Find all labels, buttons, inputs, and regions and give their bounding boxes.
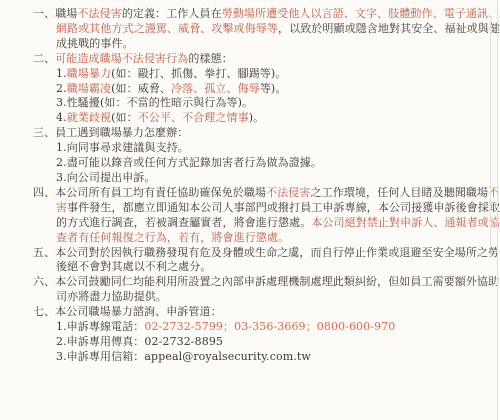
text-segment: 成挑戰的事件。 [56, 37, 134, 50]
document-line: 害事件發生，都應立即通知本公司人事部門或撥打員工申訴專線，本公司接獲申訴後會採取… [56, 201, 478, 216]
text-segment: 六、本公司鼓勵同仁均能利用所設置之內部申訴處理機制處理此類糾紛，但如員工需要額外… [33, 275, 500, 288]
document-line: 3.申訴專用信箱：appeal@royalsecurity.com.tw [56, 350, 478, 365]
document-line: 查者有任何報復之行為，若有，將會進行懲處。 [56, 231, 478, 246]
document-line: 2.盡可能以錄音或任何方式記錄加害者行為做為證據。 [56, 156, 478, 171]
document-line: 1.申訴專線電話：02-2732-5799；03-356-3669；0800-6… [56, 320, 478, 335]
text-segment: 司亦將盡力協助提供。 [56, 290, 167, 303]
document-line: 2.職場霸凌(如：威脅、冷落、孤立、侮辱等)。 [56, 82, 478, 97]
text-segment: 網路或其他方式之謾罵、威脅、攻擊或侮辱等 [56, 22, 278, 35]
text-segment: (如：毆打、抓傷、拳打、腳踢等)。 [111, 67, 286, 80]
text-segment: 3.向公司提出申訴。 [56, 171, 156, 184]
document-line: 六、本公司鼓勵同仁均能利用所設置之內部申訴處理機制處理此類糾紛，但如員工需要額外… [33, 275, 478, 290]
text-segment: 後絕不會對其處以不利之處分。 [56, 260, 211, 273]
text-segment: 1.申訴專線電話： [56, 320, 144, 333]
text-segment: 職場暴力 [67, 67, 111, 80]
document-line: 一、職場不法侵害的定義：工作人員在勞動場所遭受他人以言語、文字、肢體動作、電子通… [33, 7, 478, 22]
text-segment: 之工作環境，任何人目睹及聽聞職場 [311, 186, 489, 199]
text-segment: 冷落、孤立、侮辱 [171, 82, 260, 95]
text-segment: )。 [249, 111, 265, 124]
document-line: 4.就業歧視(如：不公平、不合理之情事)。 [56, 111, 478, 126]
text-segment: 五、本公司對於因執行職務發現有危及身體或生命之虞，而自行停止作業或退避至安全場所… [33, 246, 500, 259]
email-address: 3.申訴專用信箱：appeal@royalsecurity.com.tw [56, 350, 311, 363]
document-line: 五、本公司對於因執行職務發現有危及身體或生命之虞，而自行停止作業或退避至安全場所… [33, 246, 478, 261]
scan-edge-line [497, 0, 498, 420]
text-segment: (如： [111, 111, 138, 124]
text-segment: 可能造成職場不法侵害行為 [55, 52, 188, 65]
document-line: 3.性騷擾(如：不當的性暗示與行為等)。 [56, 96, 478, 111]
text-segment: 3.性騷擾(如：不當的性暗示與行為等)。 [56, 96, 253, 109]
text-segment: (如：威脅、 [111, 82, 171, 95]
scanned-document-page: 一、職場不法侵害的定義：工作人員在勞動場所遭受他人以言語、文字、肢體動作、電子通… [0, 0, 500, 420]
text-segment: 七、本公司職場暴力諮詢、申訴管道： [33, 305, 222, 318]
text-segment: 的定義：工作人員在 [122, 7, 222, 20]
text-segment: 害 [56, 201, 67, 214]
text-segment: 1.向同事尋求建議與支持。 [56, 141, 189, 154]
text-segment: 4. [56, 111, 67, 124]
text-segment: 就業歧視 [67, 111, 111, 124]
document-line: 2.申訴專用傳真：02-2732-8895 [56, 335, 478, 350]
document-body: 一、職場不法侵害的定義：工作人員在勞動場所遭受他人以言語、文字、肢體動作、電子通… [33, 7, 478, 365]
document-line: 1.向同事尋求建議與支持。 [56, 141, 478, 156]
text-segment: 2.盡可能以錄音或任何方式記錄加害者行為做為證據。 [56, 156, 322, 169]
text-segment: ，以致於明顯或隱含地對其安全、福祉或與健康構 [278, 22, 500, 35]
text-segment: 本公司絕對禁止對申訴人、通報者或協助調 [311, 216, 500, 229]
text-segment: 1. [56, 67, 67, 80]
text-segment: 的方式進行調查，若被調查屬實者，將會進行懲處。 [56, 216, 311, 229]
text-segment: 2. [56, 82, 67, 95]
text-segment: 等)。 [260, 82, 287, 95]
document-line: 1.職場暴力(如：毆打、抓傷、拳打、腳踢等)。 [56, 67, 478, 82]
fax-number: 2.申訴專用傳真：02-2732-8895 [56, 335, 223, 348]
text-segment: 不法侵害 [77, 7, 121, 20]
hotline-phone-numbers: 02-2732-5799；03-356-3669；0800-600-970 [144, 320, 395, 333]
text-segment: 三、員工遇到職場暴力怎麼辦： [33, 126, 188, 139]
document-line: 網路或其他方式之謾罵、威脅、攻擊或侮辱等，以致於明顯或隱含地對其安全、福祉或與健… [56, 22, 478, 37]
text-segment: 四、本公司所有員工均有責任協助確保免於職場 [33, 186, 266, 199]
document-line: 的方式進行調查，若被調查屬實者，將會進行懲處。本公司絕對禁止對申訴人、通報者或協… [56, 216, 478, 231]
text-segment: 職場霸凌 [67, 82, 111, 95]
text-segment: 查者有任何報復之行為，若有，將會進行懲處。 [56, 231, 289, 244]
text-segment: 一、職場 [33, 7, 77, 20]
text-segment: 不公平、不合理之情事 [138, 111, 249, 124]
document-line: 成挑戰的事件。 [56, 37, 478, 52]
document-line: 3.向公司提出申訴。 [56, 171, 478, 186]
text-segment: 不法侵害 [266, 186, 310, 199]
document-line: 七、本公司職場暴力諮詢、申訴管道： [33, 305, 478, 320]
document-line: 四、本公司所有員工均有責任協助確保免於職場不法侵害之工作環境，任何人目睹及聽聞職… [33, 186, 478, 201]
text-segment: 事件發生，都應立即通知本公司人事部門或撥打員工申訴專線，本公司接獲申訴後會採取保… [67, 201, 500, 214]
document-line: 司亦將盡力協助提供。 [56, 290, 478, 305]
document-line: 後絕不會對其處以不利之處分。 [56, 260, 478, 275]
text-segment: 的樣態： [188, 52, 232, 65]
document-line: 三、員工遇到職場暴力怎麼辦： [33, 126, 478, 141]
document-line: 二、可能造成職場不法侵害行為的樣態： [33, 52, 478, 67]
scan-artifact-line [490, 16, 491, 246]
text-segment: 二、 [33, 52, 55, 65]
text-segment: 勞動場所遭受他人以言語、文字、肢體動作、電子通訊、網際 [222, 7, 500, 20]
